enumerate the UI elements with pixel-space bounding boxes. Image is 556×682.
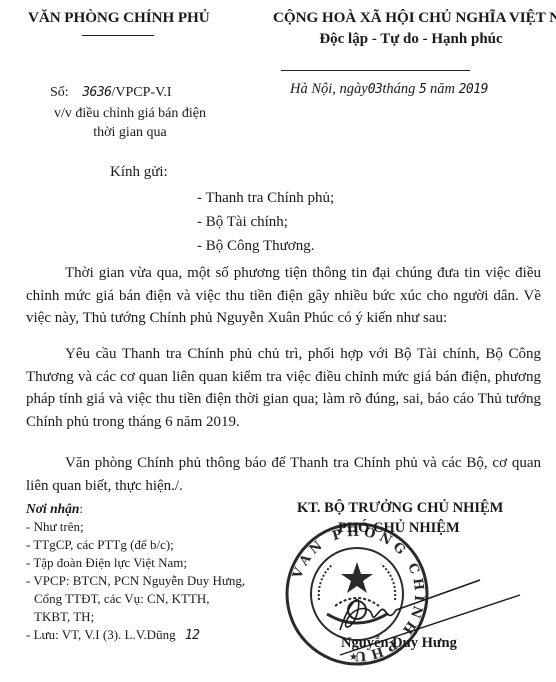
addressee-item: - Bộ Công Thương. <box>197 234 334 258</box>
date-line: Hà Nội, ngày03tháng 5 năm 2019 <box>290 81 488 98</box>
greeting: Kính gửi: <box>110 164 168 181</box>
addressee-item: - Thanh tra Chính phủ; <box>197 186 334 210</box>
doc-number-handwritten: 3636 <box>82 85 111 100</box>
recipients-footer: Nơi nhận: - Như trên; - TTgCP, các PTTg … <box>26 500 245 645</box>
recipient-item: - VPCP: BTCN, PCN Nguyễn Duy Hưng, Cổng … <box>26 572 245 626</box>
recipients-footer-title: Nơi nhận: <box>26 500 245 518</box>
signature-title: KT. BỘ TRƯỞNG CHỦ NHIỆM <box>297 500 503 517</box>
handwritten-count: 12 <box>185 628 200 643</box>
body-paragraph: Thời gian vừa qua, một số phương tiện th… <box>26 262 541 330</box>
date-month-label: tháng <box>382 81 415 97</box>
document-number: Số: 3636/VPCP-V.I <box>50 85 172 101</box>
date-place: Hà Nội, ngày <box>290 81 368 97</box>
recipient-item: - Như trên; <box>26 518 245 536</box>
body-paragraph: Yêu cầu Thanh tra Chính phủ chủ trì, phố… <box>26 343 541 433</box>
date-year-label: năm <box>430 81 455 97</box>
signer-name: Nguyễn Duy Hưng <box>341 635 457 652</box>
subject-line: v/v điều chỉnh giá bán điện <box>25 104 235 123</box>
date-month: 5 <box>419 82 426 97</box>
doc-number-suffix: /VPCP-V.I <box>112 85 172 100</box>
agency-underline <box>82 35 154 36</box>
national-title: CỘNG HOÀ XÃ HỘI CHỦ NGHĨA VIỆT NAM <box>273 9 556 27</box>
recipient-item-continuation: Cổng TTĐT, các Vụ: CN, KTTH, <box>26 590 245 608</box>
recipient-item: - Tập đoàn Điện lực Việt Nam; <box>26 554 245 572</box>
national-motto: Độc lập - Tự do - Hạnh phúc <box>281 31 541 48</box>
doc-number-label: Số: <box>50 85 69 100</box>
recipient-item: - Lưu: VT, V.I (3). L.V.Dũng 12 <box>26 626 245 645</box>
body-paragraph: Văn phòng Chính phủ thông báo để Thanh t… <box>26 452 541 497</box>
signature-icon <box>300 560 530 670</box>
signature-subtitle: PHÓ CHỦ NHIỆM <box>338 520 460 537</box>
motto-underline <box>281 70 470 71</box>
subject-line: thời gian qua <box>25 123 235 142</box>
date-year: 2019 <box>459 82 488 97</box>
recipient-item-continuation: TKBT, TH; <box>26 608 245 626</box>
date-day: 03 <box>368 82 383 97</box>
recipients-footer-list: - Như trên; - TTgCP, các PTTg (để b/c); … <box>26 518 245 645</box>
addressee-item: - Bộ Tài chính; <box>197 210 334 234</box>
issuing-agency: VĂN PHÒNG CHÍNH PHỦ <box>28 9 210 27</box>
subject: v/v điều chỉnh giá bán điện thời gian qu… <box>25 104 235 142</box>
addressee-list: - Thanh tra Chính phủ; - Bộ Tài chính; -… <box>197 186 334 258</box>
recipient-item: - TTgCP, các PTTg (để b/c); <box>26 536 245 554</box>
